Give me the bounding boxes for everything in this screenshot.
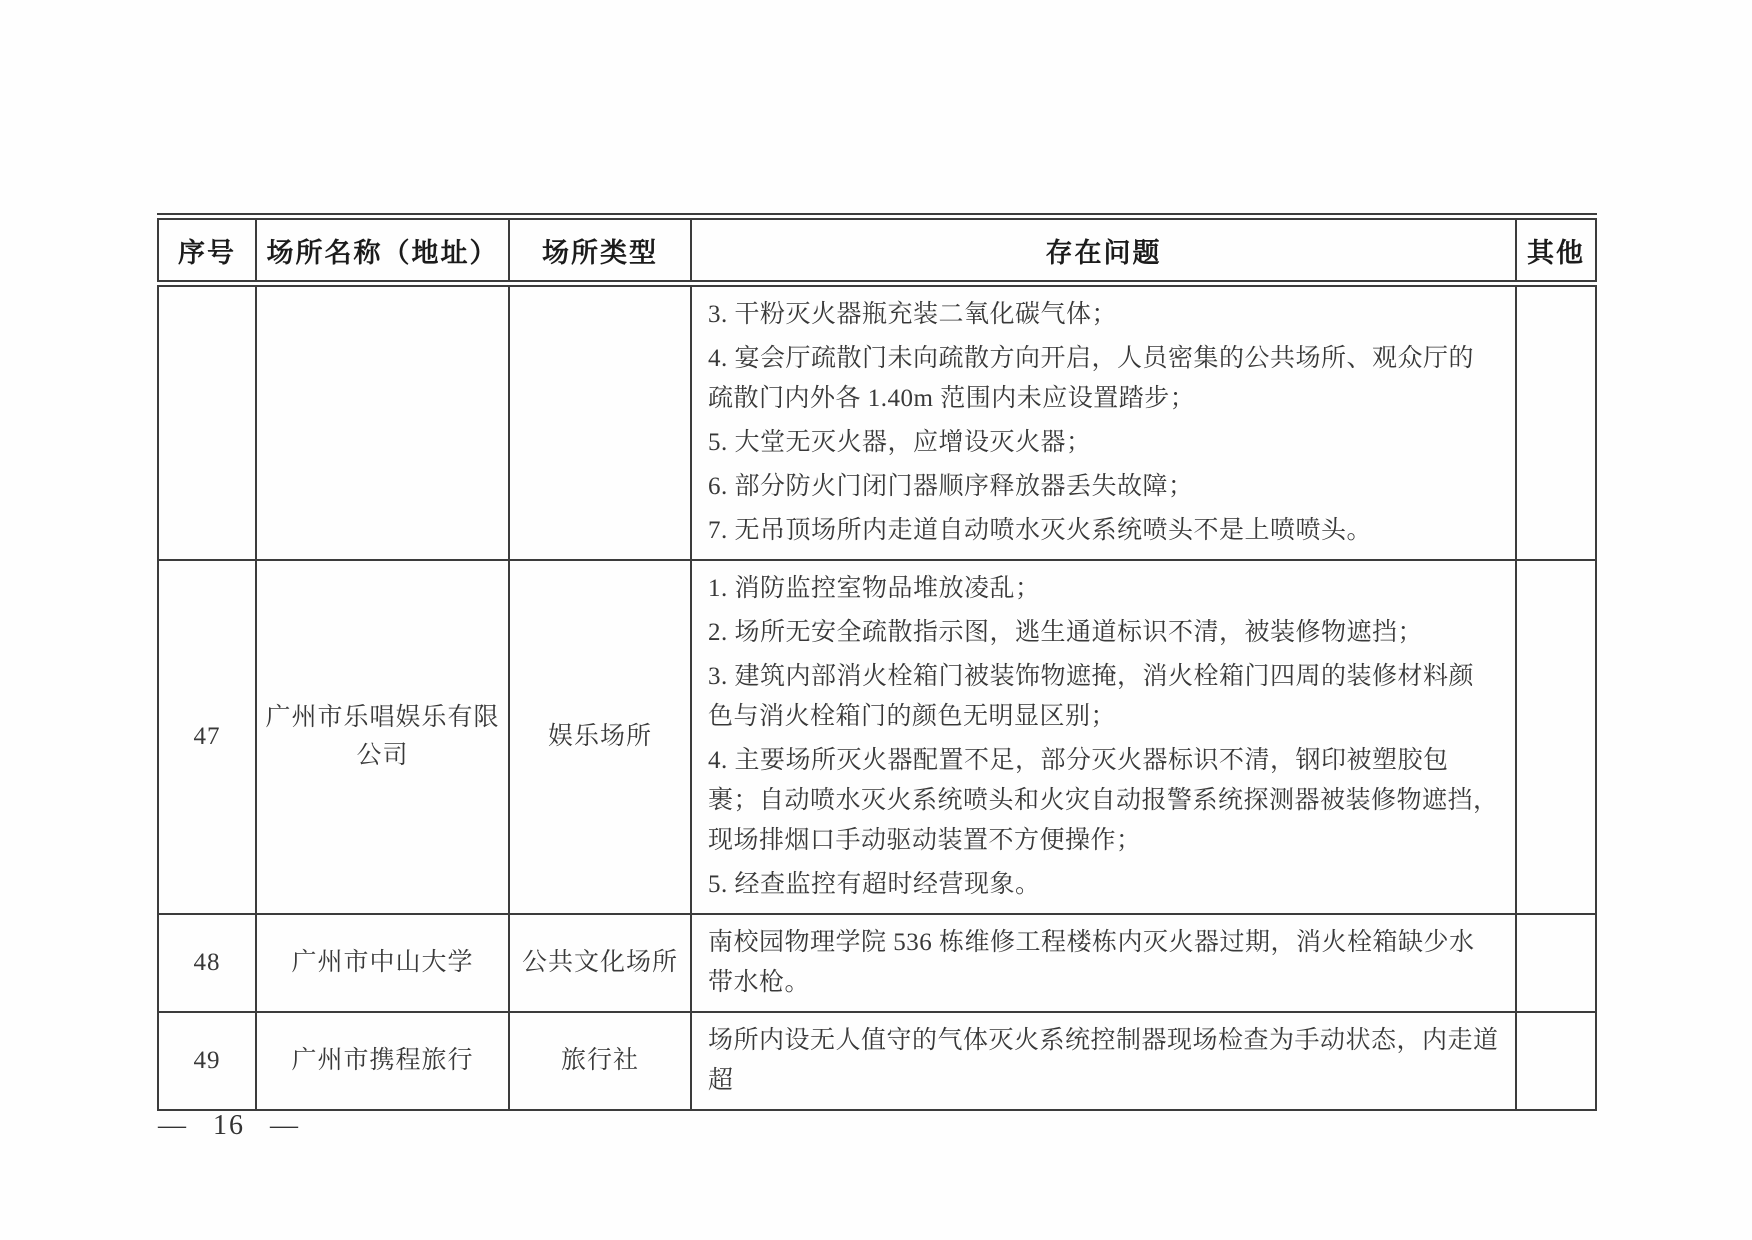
problem-item: 6. 部分防火门闭门器顺序释放器丢失故障；	[708, 467, 1499, 507]
page-number: — 16 —	[158, 1110, 300, 1142]
problem-item: 4. 主要场所灭火器配置不足，部分灭火器标识不清，钢印被塑胶包裹；自动喷水灭火系…	[708, 741, 1499, 861]
table-body: 3. 干粉灭火器瓶充装二氧化碳气体； 4. 宴会厅疏散门未向疏散方向开启，人员密…	[158, 284, 1596, 1111]
cell-seq	[158, 284, 256, 561]
problem-item: 1. 消防监控室物品堆放凌乱；	[708, 569, 1499, 609]
cell-place-type: 旅行社	[509, 1012, 691, 1110]
cell-place-type: 娱乐场所	[509, 560, 691, 914]
problem-item: 5. 大堂无灭火器，应增设灭火器；	[708, 423, 1499, 463]
header-place-name: 场所名称（地址）	[256, 217, 509, 284]
cell-place-name: 广州市携程旅行	[256, 1012, 509, 1110]
table-row-continuation: 3. 干粉灭火器瓶充装二氧化碳气体； 4. 宴会厅疏散门未向疏散方向开启，人员密…	[158, 284, 1596, 561]
cell-other	[1516, 284, 1596, 561]
table-row-47: 47 广州市乐唱娱乐有限公司 娱乐场所 1. 消防监控室物品堆放凌乱； 2. 场…	[158, 560, 1596, 914]
problem-item: 3. 建筑内部消火栓箱门被装饰物遮掩，消火栓箱门四周的装修材料颜色与消火栓箱门的…	[708, 657, 1499, 737]
problem-item: 2. 场所无安全疏散指示图，逃生通道标识不清，被装修物遮挡；	[708, 613, 1499, 653]
scanned-document-page: 序号 场所名称（地址） 场所类型 存在问题 其他 3. 干粉灭火器瓶充装二氧化碳…	[0, 0, 1752, 1240]
cell-seq: 47	[158, 560, 256, 914]
problem-item: 场所内设无人值守的气体灭火系统控制器现场检查为手动状态，内走道超	[708, 1021, 1499, 1101]
table-row-49: 49 广州市携程旅行 旅行社 场所内设无人值守的气体灭火系统控制器现场检查为手动…	[158, 1012, 1596, 1110]
header-problems: 存在问题	[691, 217, 1516, 284]
cell-problems: 场所内设无人值守的气体灭火系统控制器现场检查为手动状态，内走道超	[691, 1012, 1516, 1110]
cell-other	[1516, 1012, 1596, 1110]
cell-problems: 1. 消防监控室物品堆放凌乱； 2. 场所无安全疏散指示图，逃生通道标识不清，被…	[691, 560, 1516, 914]
cell-place-type: 公共文化场所	[509, 914, 691, 1012]
cell-place-name: 广州市乐唱娱乐有限公司	[256, 560, 509, 914]
cell-other	[1516, 560, 1596, 914]
cell-place-name	[256, 284, 509, 561]
cell-seq: 48	[158, 914, 256, 1012]
cell-problems: 南校园物理学院 536 栋维修工程楼栋内灭火器过期，消火栓箱缺少水带水枪。	[691, 914, 1516, 1012]
header-other: 其他	[1516, 217, 1596, 284]
inspection-issues-table: 序号 场所名称（地址） 场所类型 存在问题 其他 3. 干粉灭火器瓶充装二氧化碳…	[157, 213, 1597, 1111]
problem-item: 5. 经查监控有超时经营现象。	[708, 865, 1499, 905]
cell-other	[1516, 914, 1596, 1012]
header-place-type: 场所类型	[509, 217, 691, 284]
table-header-row: 序号 场所名称（地址） 场所类型 存在问题 其他	[158, 217, 1596, 284]
problem-item: 3. 干粉灭火器瓶充装二氧化碳气体；	[708, 295, 1499, 335]
cell-place-type	[509, 284, 691, 561]
problem-item: 南校园物理学院 536 栋维修工程楼栋内灭火器过期，消火栓箱缺少水带水枪。	[708, 923, 1499, 1003]
cell-seq: 49	[158, 1012, 256, 1110]
table-row-48: 48 广州市中山大学 公共文化场所 南校园物理学院 536 栋维修工程楼栋内灭火…	[158, 914, 1596, 1012]
header-seq: 序号	[158, 217, 256, 284]
problem-item: 4. 宴会厅疏散门未向疏散方向开启，人员密集的公共场所、观众厅的疏散门内外各 1…	[708, 339, 1499, 419]
cell-place-name: 广州市中山大学	[256, 914, 509, 1012]
problem-item: 7. 无吊顶场所内走道自动喷水灭火系统喷头不是上喷喷头。	[708, 511, 1499, 551]
cell-problems: 3. 干粉灭火器瓶充装二氧化碳气体； 4. 宴会厅疏散门未向疏散方向开启，人员密…	[691, 284, 1516, 561]
